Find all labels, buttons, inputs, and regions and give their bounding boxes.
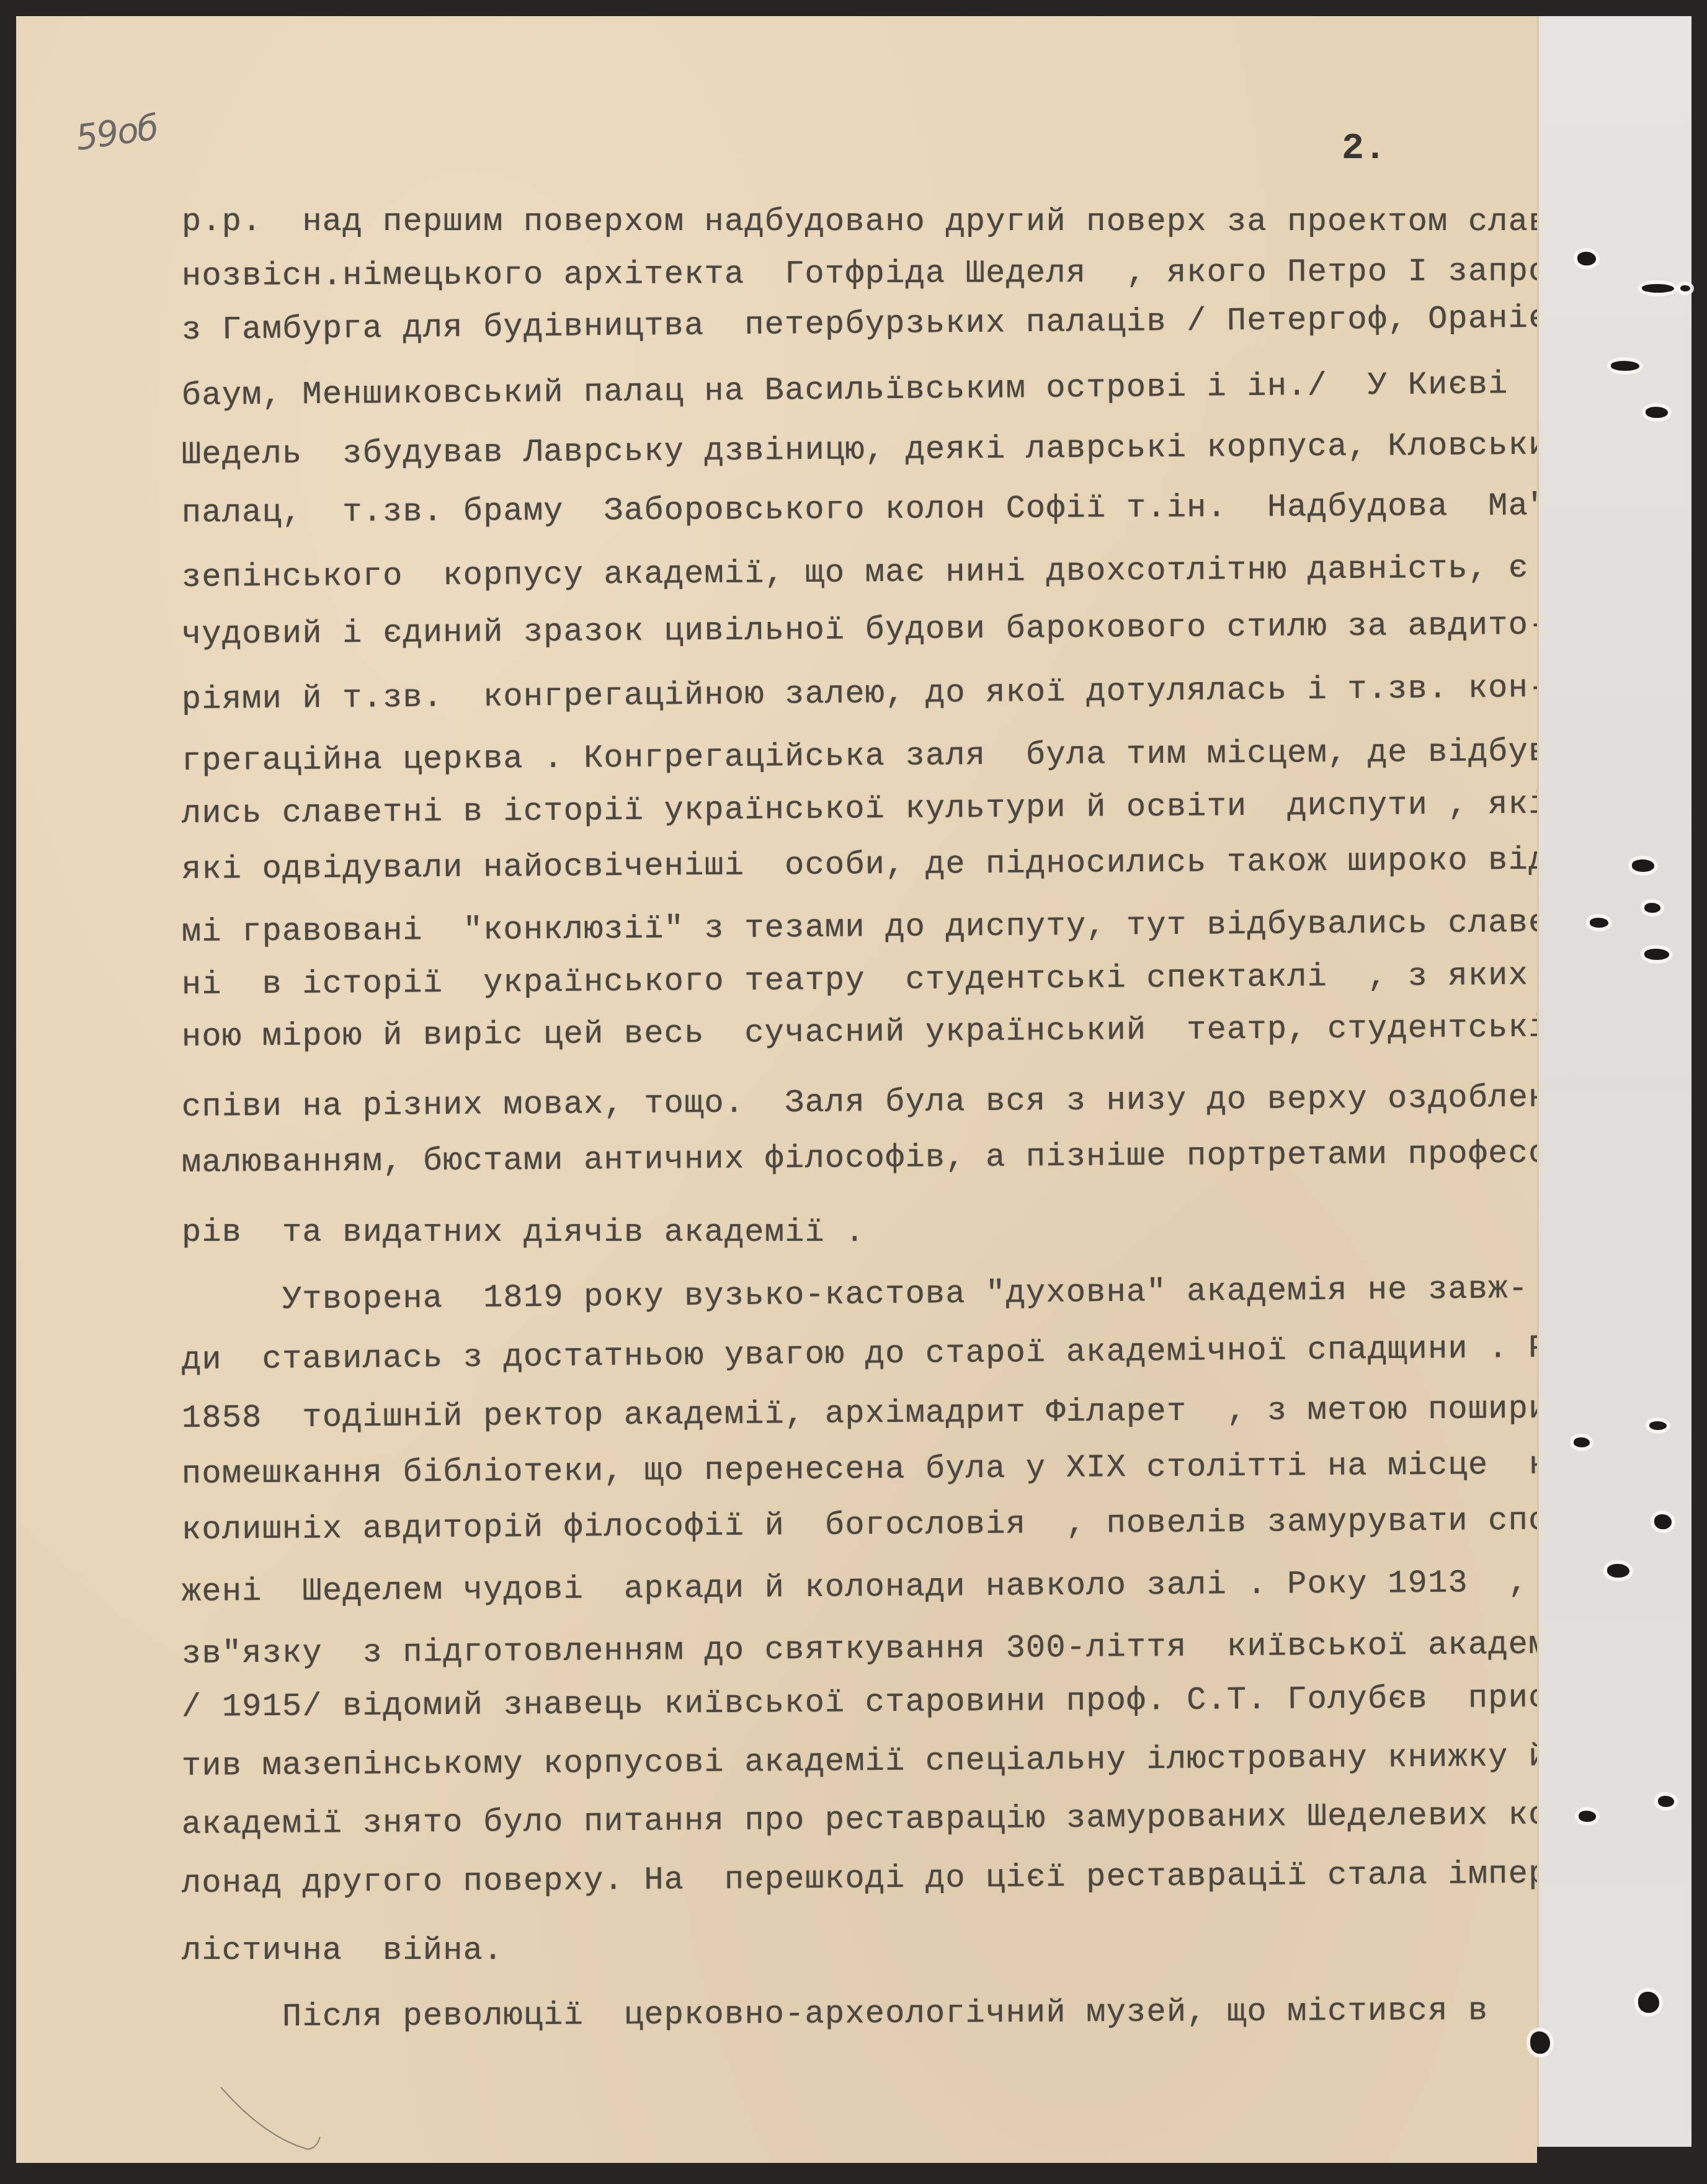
punch-hole-icon [1577,252,1596,265]
text-line: Шедель збудував Лаврську дзвіницю, деякі… [182,427,1569,473]
text-line: які одвідували найосвіченіші особи, де п… [182,841,1589,888]
punch-hole-icon [1649,1421,1667,1430]
punch-hole-icon [1644,903,1660,913]
text-line: помешкання бібліотеки, що перенесена бул… [182,1446,1589,1493]
punch-hole-icon [1632,859,1654,872]
text-line: мі гравовані "конклюзії" з тезами до дис… [182,904,1589,951]
text-line: палац, т.зв. браму Заборовського колон С… [182,487,1549,531]
text-line: нозвісн.німецького архітекта Готфріда Ше… [182,253,1609,295]
text-line: / 1915/ відомий знавець київської старов… [182,1679,1589,1726]
text-line: рів та видатних діячів академії . [182,1214,865,1251]
text-line: грегаційна церква . Конгрегаційська заля… [182,733,1589,779]
punch-hole-icon [1574,1437,1590,1447]
text-line: академії знято було питання про реставра… [182,1796,1569,1843]
punch-hole-icon [1680,285,1690,291]
punch-hole-icon [1611,361,1639,371]
text-line: ди ставилась з достатньою увагою до стар… [182,1329,1609,1378]
pencil-mark [215,2081,326,2155]
text-line: лись славетні в історії української куль… [182,786,1549,832]
text-line: лістична війна. [182,1932,503,1969]
text-line: ні в історії українського театру студент… [182,956,1649,1003]
page-number: 2. [1342,128,1386,170]
punch-hole-icon [1579,1811,1596,1822]
punch-hole-icon [1590,918,1608,928]
text-line: р.р. над першим поверхом надбудовано дру… [182,203,1569,240]
text-line: зепінського корпусу академії, що має нин… [182,550,1528,596]
text-line: ною мірою й виріс цей весь сучасний укра… [182,1010,1549,1055]
text-line: лонад другого поверху. На перешкоді до ц… [182,1855,1589,1902]
punch-hole-icon [1638,1992,1659,2013]
punch-hole-icon [1654,1514,1672,1529]
punch-hole-icon [1642,284,1674,293]
punch-hole-icon [1644,949,1669,960]
punch-hole-icon [1646,407,1668,418]
text-line: зв"язку з підготовленням до святкування … [182,1626,1589,1672]
punch-hole-icon [1530,2031,1550,2054]
text-line: Після революції церковно-археологічний м… [182,1992,1489,2036]
text-line: співи на різних мовах, тощо. Заля була в… [182,1079,1569,1125]
text-line: 1858 тодішній ректор академії, архімадри… [182,1390,1589,1437]
text-line: чудовий і єдиний зразок цивільної будови… [182,607,1549,653]
document-page: 59об 2. р.р. над першим поверхом надбудо… [16,16,1537,2163]
punch-hole-icon [1658,1796,1674,1807]
text-line: колишніх авдиторій філософії й богослові… [182,1502,1609,1548]
text-line: жені Шеделем чудові аркади й колонади на… [182,1564,1569,1610]
text-line: Утворена 1819 року вузько-кастова "духов… [182,1271,1529,1319]
archival-binding-strip [1537,16,1691,2147]
text-line: з Гамбурга для будівництва петербурзьких… [182,300,1589,348]
text-line: ріями й т.зв. конгрегаційною залею, до я… [182,670,1549,718]
text-line: баум, Меншиковський палац на Васильївськ… [182,366,1509,414]
text-line: малюванням, бюстами античних філософів, … [182,1135,1589,1181]
text-line: тив мазепінському корпусові академії спе… [182,1738,1589,1785]
folio-mark: 59об [73,107,160,159]
punch-hole-icon [1607,1564,1629,1578]
